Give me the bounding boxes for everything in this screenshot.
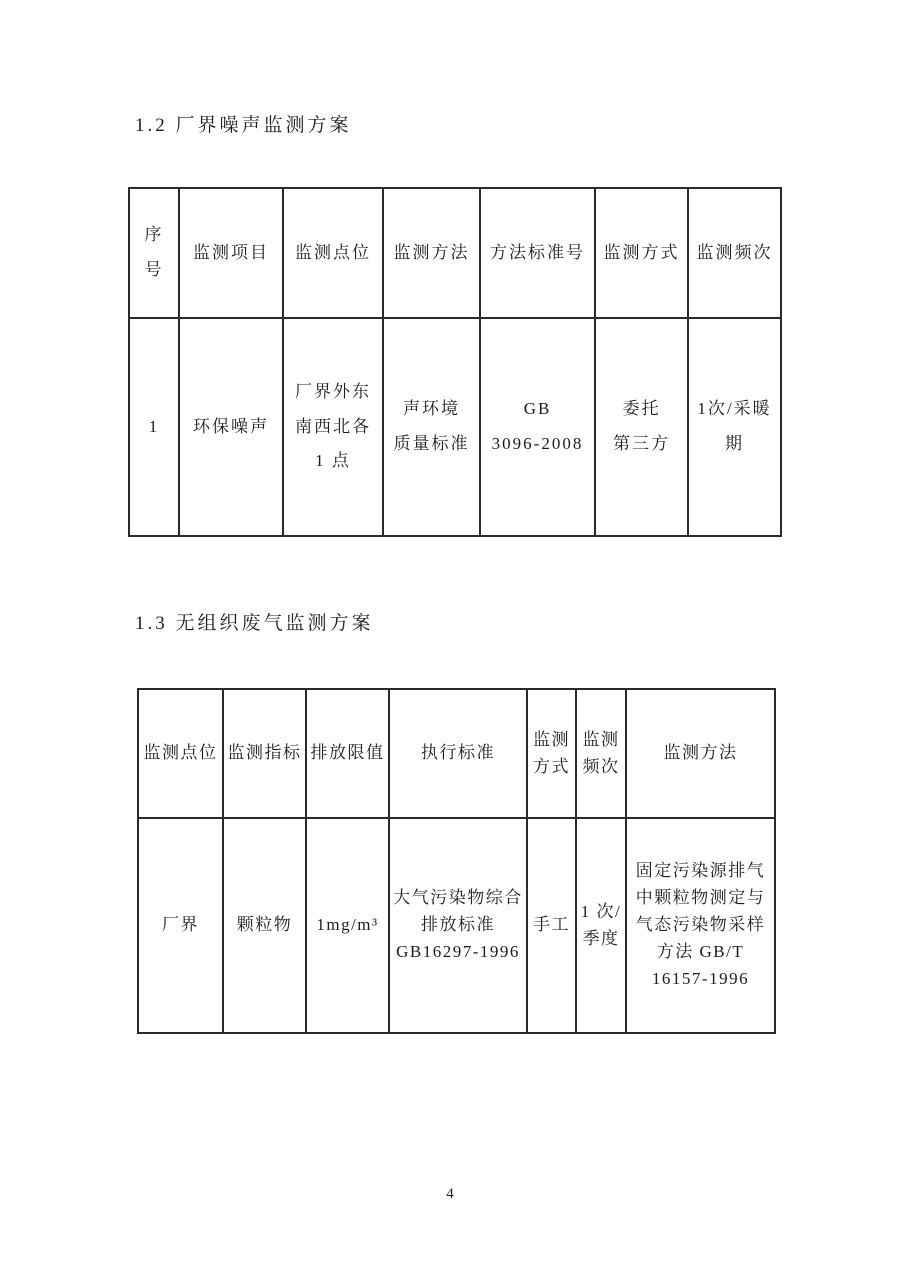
noise-monitoring-table: 序 号 监测项目 监测点位 监测方法 方法标准号 监测方式 监测频次 1 环保噪… (128, 187, 782, 537)
gas-cell-indicator: 颗粒物 (223, 818, 306, 1033)
noise-cell-point: 厂界外东 南西北各 1 点 (283, 318, 383, 536)
page-number: 4 (0, 1186, 900, 1203)
noise-cell-item: 环保噪声 (179, 318, 283, 536)
noise-header-cell-point: 监测点位 (283, 188, 383, 318)
noise-table-row: 1 环保噪声 厂界外东 南西北各 1 点 声环境 质量标准 GB 3096-20… (129, 318, 781, 536)
gas-cell-method: 固定污染源排气 中颗粒物测定与 气态污染物采样 方法 GB/T 16157-19… (626, 818, 775, 1033)
fugitive-gas-monitoring-table: 监测点位 监测指标 排放限值 执行标准 监测 方式 监测 频次 监测方法 厂界 … (137, 688, 776, 1034)
noise-header-cell-item: 监测项目 (179, 188, 283, 318)
gas-header-cell-method: 监测方法 (626, 689, 775, 818)
noise-cell-method: 声环境 质量标准 (383, 318, 480, 536)
gas-cell-standard: 大气污染物综合 排放标准 GB16297-1996 (389, 818, 527, 1033)
gas-header-cell-frequency: 监测 频次 (576, 689, 626, 818)
noise-cell-standard: GB 3096-2008 (480, 318, 595, 536)
noise-header-cell-standard: 方法标准号 (480, 188, 595, 318)
noise-header-cell-method: 监测方法 (383, 188, 480, 318)
noise-header-cell-mode: 监测方式 (595, 188, 688, 318)
section-heading-noise: 1.2 厂界噪声监测方案 (135, 110, 352, 137)
gas-header-cell-mode: 监测 方式 (527, 689, 576, 818)
noise-header-cell-frequency: 监测频次 (688, 188, 781, 318)
gas-header-cell-limit: 排放限值 (306, 689, 389, 818)
noise-header-cell-seq: 序 号 (129, 188, 179, 318)
gas-header-cell-indicator: 监测指标 (223, 689, 306, 818)
gas-cell-mode: 手工 (527, 818, 576, 1033)
noise-cell-mode: 委托 第三方 (595, 318, 688, 536)
gas-cell-point: 厂界 (138, 818, 223, 1033)
noise-cell-frequency: 1次/采暖 期 (688, 318, 781, 536)
noise-cell-seq: 1 (129, 318, 179, 536)
gas-cell-limit: 1mg/m³ (306, 818, 389, 1033)
noise-table-header-row: 序 号 监测项目 监测点位 监测方法 方法标准号 监测方式 监测频次 (129, 188, 781, 318)
gas-header-cell-point: 监测点位 (138, 689, 223, 818)
gas-cell-frequency: 1 次/ 季度 (576, 818, 626, 1033)
gas-table-header-row: 监测点位 监测指标 排放限值 执行标准 监测 方式 监测 频次 监测方法 (138, 689, 775, 818)
section-heading-gas: 1.3 无组织废气监测方案 (135, 608, 374, 635)
gas-table-row: 厂界 颗粒物 1mg/m³ 大气污染物综合 排放标准 GB16297-1996 … (138, 818, 775, 1033)
gas-header-cell-standard: 执行标准 (389, 689, 527, 818)
